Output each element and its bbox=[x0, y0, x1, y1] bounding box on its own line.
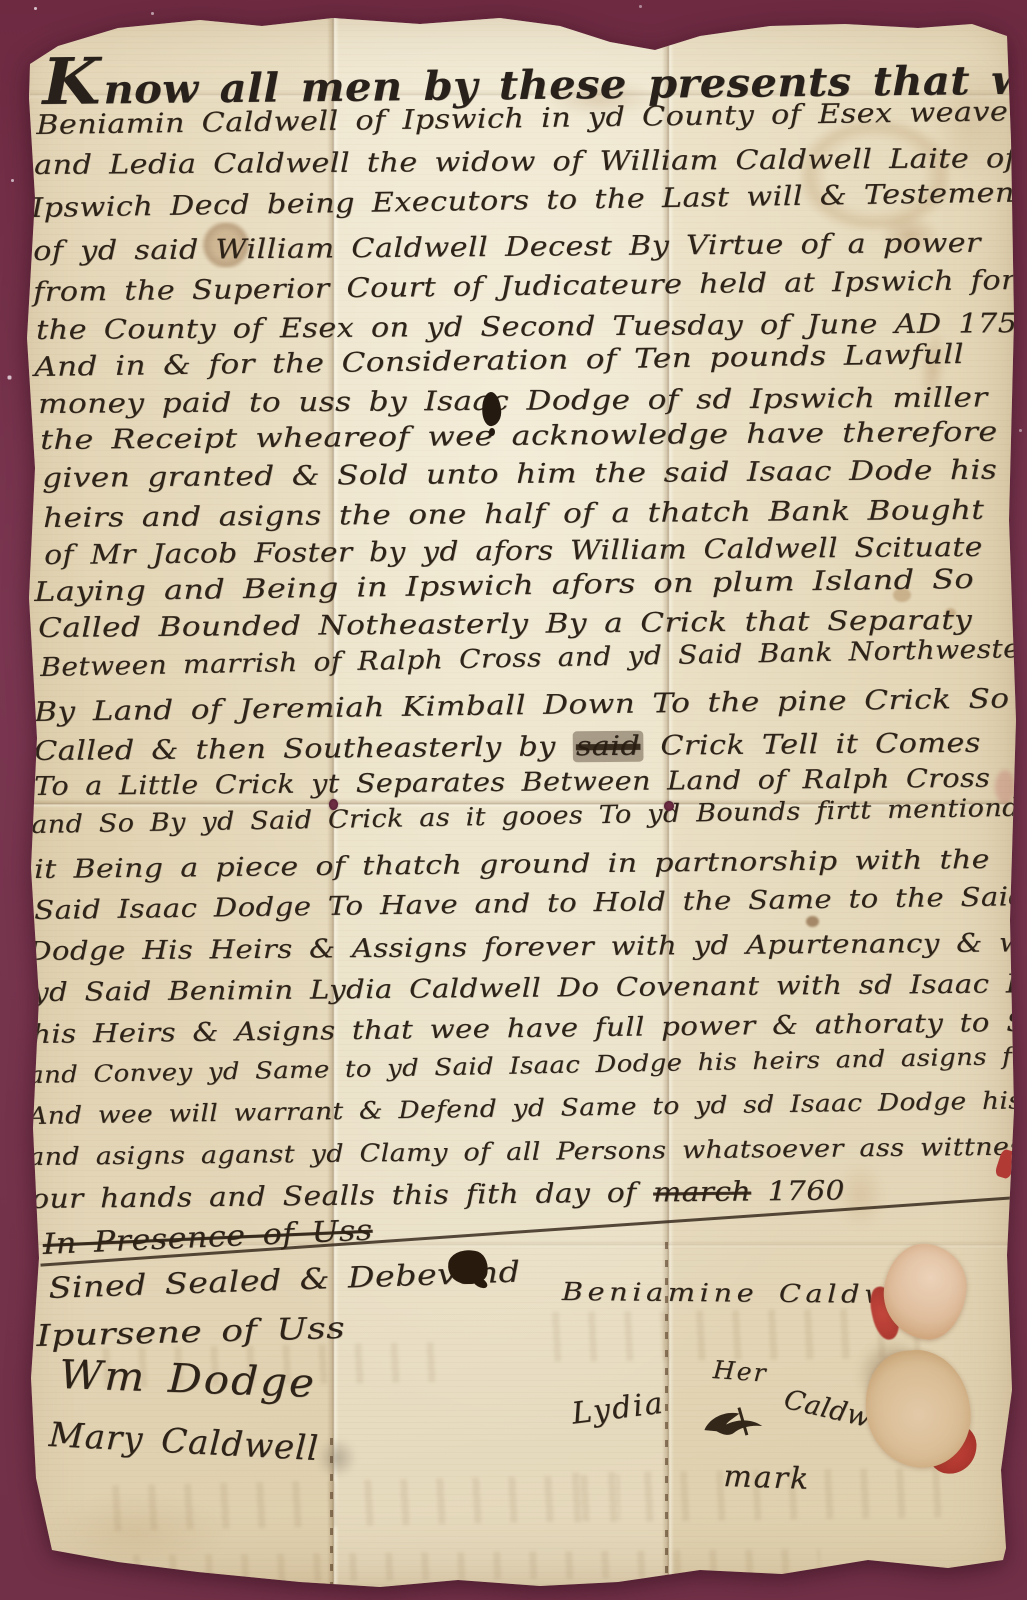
signature-wm-dodge: Wm Dodge bbox=[58, 1352, 316, 1407]
manuscript-line-with-scribble: Called & then Southeasterly by said Cric… bbox=[34, 728, 981, 767]
lydia-her-label: Her bbox=[712, 1356, 768, 1388]
signature-mary-caldwell: Mary Caldwell bbox=[48, 1416, 320, 1469]
manuscript-line: And wee will warrant & Defend yd Same to… bbox=[28, 1086, 1027, 1131]
manuscript-line: yd Said Benimin Lydia Caldwell Do Covena… bbox=[32, 970, 1027, 1009]
photo-backdrop: Know all men by these presents that wee … bbox=[0, 0, 1027, 1600]
manuscript-line: Said Isaac Dodge To Have and to Hold the… bbox=[34, 882, 1027, 927]
stain bbox=[315, 1440, 359, 1476]
show-through-writing bbox=[100, 1475, 621, 1532]
line-text-pre: Called & then Southeasterly by bbox=[34, 731, 573, 767]
manuscript-line: it Being a piece of thatch ground in par… bbox=[34, 846, 990, 886]
lydia-first-name: Lydia bbox=[570, 1387, 667, 1433]
stain bbox=[806, 916, 819, 927]
manuscript-line: By Land of Jeremiah Kimball Down To the … bbox=[34, 683, 1010, 728]
dust-specks bbox=[0, 0, 1, 1]
manuscript-line: Dodge His Heirs & Assigns forever with y… bbox=[28, 929, 1027, 968]
manuscript-line: Laying and Being in Ipswich afors on plu… bbox=[34, 564, 974, 608]
fold-hole bbox=[664, 801, 674, 811]
document-paper: Know all men by these presents that wee … bbox=[0, 0, 1027, 1600]
manuscript-line: of yd said William Caldwell Decest By Vi… bbox=[33, 228, 981, 267]
manuscript-line: heirs and asigns the one half of a thatc… bbox=[43, 495, 984, 534]
lydia-mark-word: mark bbox=[723, 1460, 811, 1498]
line-text-post: Crick Tell it Comes bbox=[643, 728, 980, 762]
fold-hole bbox=[329, 799, 338, 810]
manuscript-line: given granted & Sold unto him the said I… bbox=[42, 455, 997, 494]
ink-blot bbox=[489, 428, 495, 436]
manuscript-line: And in & for the Consideration of Ten po… bbox=[34, 339, 964, 383]
show-through-writing bbox=[120, 1549, 820, 1583]
manuscript-line: the Receipt wheareof wee acknowledge hav… bbox=[40, 417, 998, 456]
scribbled-out-word: said bbox=[572, 731, 643, 763]
edge-ink-mark bbox=[10, 1515, 28, 1534]
manuscript-line: from the Superior Court of Judicateure h… bbox=[33, 265, 1016, 308]
manuscript-line: money paid to uss by Isaac Dodge of sd I… bbox=[38, 382, 988, 420]
lydia-mark-symbol bbox=[699, 1400, 770, 1447]
